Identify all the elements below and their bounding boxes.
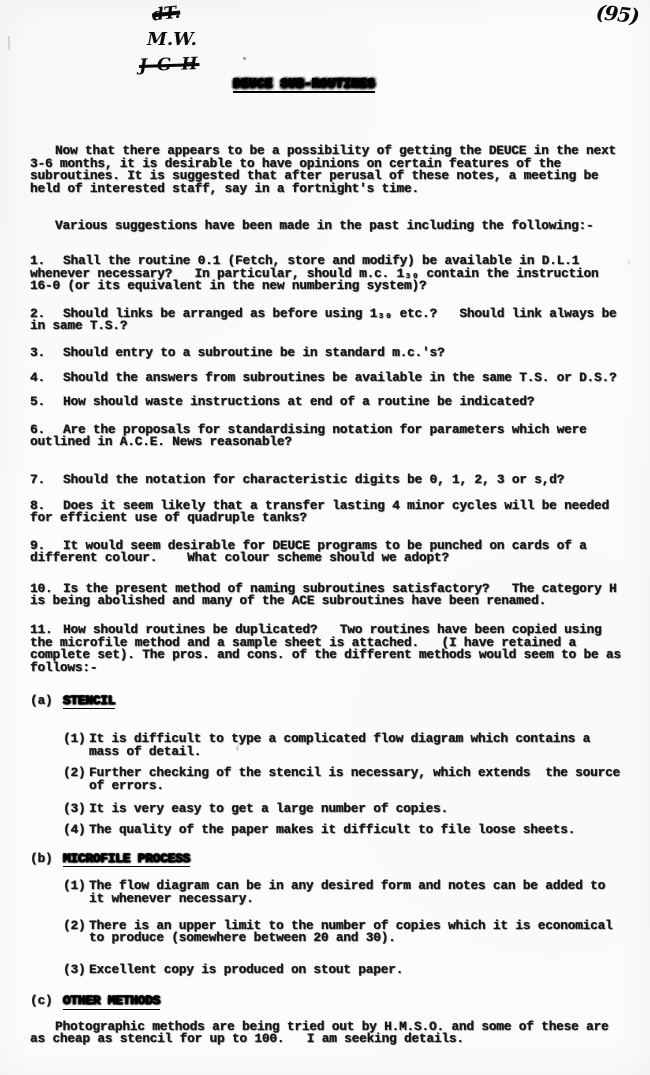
subitem-number: (3) xyxy=(63,964,89,976)
scan-speck xyxy=(628,260,630,265)
numbered-item-8: 8.Does it seem likely that a transfer la… xyxy=(30,500,622,525)
item-text: Should the answers from subroutines be a… xyxy=(63,370,616,385)
item-text: Should entry to a subroutine be in stand… xyxy=(63,345,444,360)
subitem-a1: (1)It is difficult to type a complicated… xyxy=(63,733,622,758)
numbered-item-7: 7.Should the notation for characteristic… xyxy=(30,474,622,486)
subitem-number: (4) xyxy=(63,824,89,836)
subitem-text: Excellent copy is produced on stout pape… xyxy=(89,964,622,976)
numbered-item-9: 9.It would seem desirable for DEUCE prog… xyxy=(30,540,622,565)
item-text: It would seem desirable for DEUCE progra… xyxy=(30,538,594,565)
section-heading-c: (c)OTHER METHODS xyxy=(30,995,622,1007)
subitem-number: (2) xyxy=(63,920,89,945)
item-number: 3. xyxy=(30,347,63,359)
item-text: Are the proposals for standardising nota… xyxy=(30,422,594,449)
section-label: (c) xyxy=(30,995,63,1007)
item-text: Does it seem likely that a transfer last… xyxy=(30,498,616,525)
subitem-number: (1) xyxy=(63,733,89,758)
section-label: (b) xyxy=(30,853,63,865)
subitem-text: The quality of the paper makes it diffic… xyxy=(89,824,622,836)
numbered-item-6: 6.Are the proposals for standardising no… xyxy=(30,424,622,449)
subitem-text: It is very easy to get a large number of… xyxy=(89,803,622,815)
item-text: How should waste instructions at end of … xyxy=(63,394,534,409)
subitem-a3: (3)It is very easy to get a large number… xyxy=(63,803,622,815)
numbered-item-4: 4.Should the answers from subroutines be… xyxy=(30,372,622,384)
numbered-item-2: 2.Should links be arranged as before usi… xyxy=(30,308,622,333)
scanned-document-page: dT. M.W. J G H (95) DEUCE SUB-ROUTINES N… xyxy=(0,0,650,1075)
numbered-item-10: 10.Is the present method of naming subro… xyxy=(30,583,622,608)
subitem-b3: (3)Excellent copy is produced on stout p… xyxy=(63,964,622,976)
subitem-b1: (1)The flow diagram can be in any desire… xyxy=(63,880,622,905)
numbered-item-11: 11.How should routines be duplicated? Tw… xyxy=(30,624,622,674)
numbered-item-3: 3.Should entry to a subroutine be in sta… xyxy=(30,347,622,359)
subitem-text: There is an upper limit to the number of… xyxy=(89,920,622,945)
section-title: OTHER METHODS xyxy=(63,993,160,1010)
subitem-number: (1) xyxy=(63,880,89,905)
item-text: Shall the routine 0.1 (Fetch, store and … xyxy=(30,253,606,293)
section-heading-a: (a)STENCIL xyxy=(30,695,622,707)
item-text: Should links be arranged as before using… xyxy=(30,306,624,333)
numbered-item-1: 1.Shall the routine 0.1 (Fetch, store an… xyxy=(30,255,622,292)
item-text: How should routines be duplicated? Two r… xyxy=(30,622,628,674)
subitem-number: (2) xyxy=(63,767,89,792)
section-title: MICROFILE PROCESS xyxy=(63,851,190,868)
subitem-number: (3) xyxy=(63,803,89,815)
document-title: DEUCE SUB-ROUTINES xyxy=(233,78,375,93)
item-number: 5. xyxy=(30,396,63,408)
numbered-item-5: 5.How should waste instructions at end o… xyxy=(30,396,622,408)
section-title: STENCIL xyxy=(63,693,115,710)
item-text: Should the notation for characteristic d… xyxy=(63,472,564,487)
subitem-a4: (4)The quality of the paper makes it dif… xyxy=(63,824,622,836)
section-c-paragraph: Photographic methods are being tried out… xyxy=(30,1021,622,1046)
subitem-b2: (2)There is an upper limit to the number… xyxy=(63,920,622,945)
item-text: Is the present method of naming subrouti… xyxy=(30,581,624,608)
intro-paragraph: Now that there appears to be a possibili… xyxy=(30,145,622,195)
subitem-a2: (2)Further checking of the stencil is ne… xyxy=(63,767,622,792)
subitem-text: It is difficult to type a complicated fl… xyxy=(89,733,622,758)
section-label: (a) xyxy=(30,695,63,707)
suggestions-lead: Various suggestions have been made in th… xyxy=(30,220,622,232)
subitem-text: The flow diagram can be in any desired f… xyxy=(89,880,622,905)
item-number: 4. xyxy=(30,372,63,384)
section-heading-b: (b)MICROFILE PROCESS xyxy=(30,853,622,865)
document-body: DEUCE SUB-ROUTINES Now that there appear… xyxy=(30,0,622,1045)
item-number: 7. xyxy=(30,474,63,486)
subitem-text: Further checking of the stencil is neces… xyxy=(89,767,622,792)
scan-speck xyxy=(8,36,10,50)
